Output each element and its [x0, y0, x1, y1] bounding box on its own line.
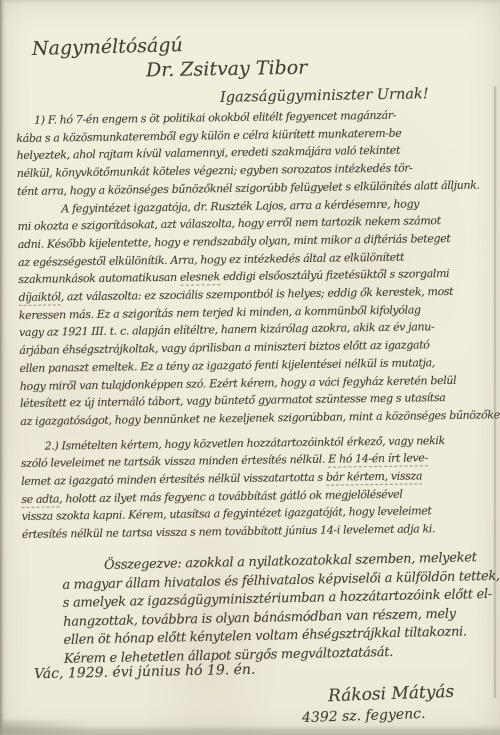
body-paragraph-2: A fegyintézet igazgatója, dr. Ruszték La…: [17, 194, 492, 431]
header-addressee-title: Igazságügyminiszter Urnak!: [220, 86, 429, 106]
letter-page: Nagyméltóságú Dr. Zsitvay Tibor Igazságü…: [0, 0, 500, 735]
signature-prisoner-number: 4392 sz. fegyenc.: [302, 706, 426, 726]
header-addressee: Dr. Zsitvay Tibor: [146, 57, 308, 82]
body-paragraph-1: 1) F. hó 7-én engem s öt politikai okokb…: [16, 105, 489, 200]
closing-dateline: Vác, 1929. évi június hó 19. én.: [34, 662, 256, 683]
paper-crease: [494, 86, 496, 698]
body-paragraph-4-summary: Összegezve: azokkal a nyilatkozatokkal s…: [62, 549, 484, 669]
letter-body: 1) F. hó 7-én engem s öt politikai okokb…: [16, 105, 496, 668]
underlined-phrase: E hó 14-én írt leve-: [328, 452, 428, 468]
body-paragraph-3: 2.) Ismételten kértem, hogy közvetlen ho…: [21, 431, 494, 544]
underlined-phrase: bár kértem, vissza: [326, 469, 422, 485]
scan-edge-left: [0, 0, 3, 735]
underlined-phrase: se adta: [21, 492, 59, 508]
underlined-phrase: díjaiktól: [18, 290, 60, 306]
underlined-phrase: elesnek: [180, 270, 220, 286]
header-honorific: Nagyméltóságú: [32, 34, 183, 60]
scan-edge-bottom-left: [0, 721, 90, 735]
signature-name: Rákosi Mátyás: [328, 682, 455, 706]
